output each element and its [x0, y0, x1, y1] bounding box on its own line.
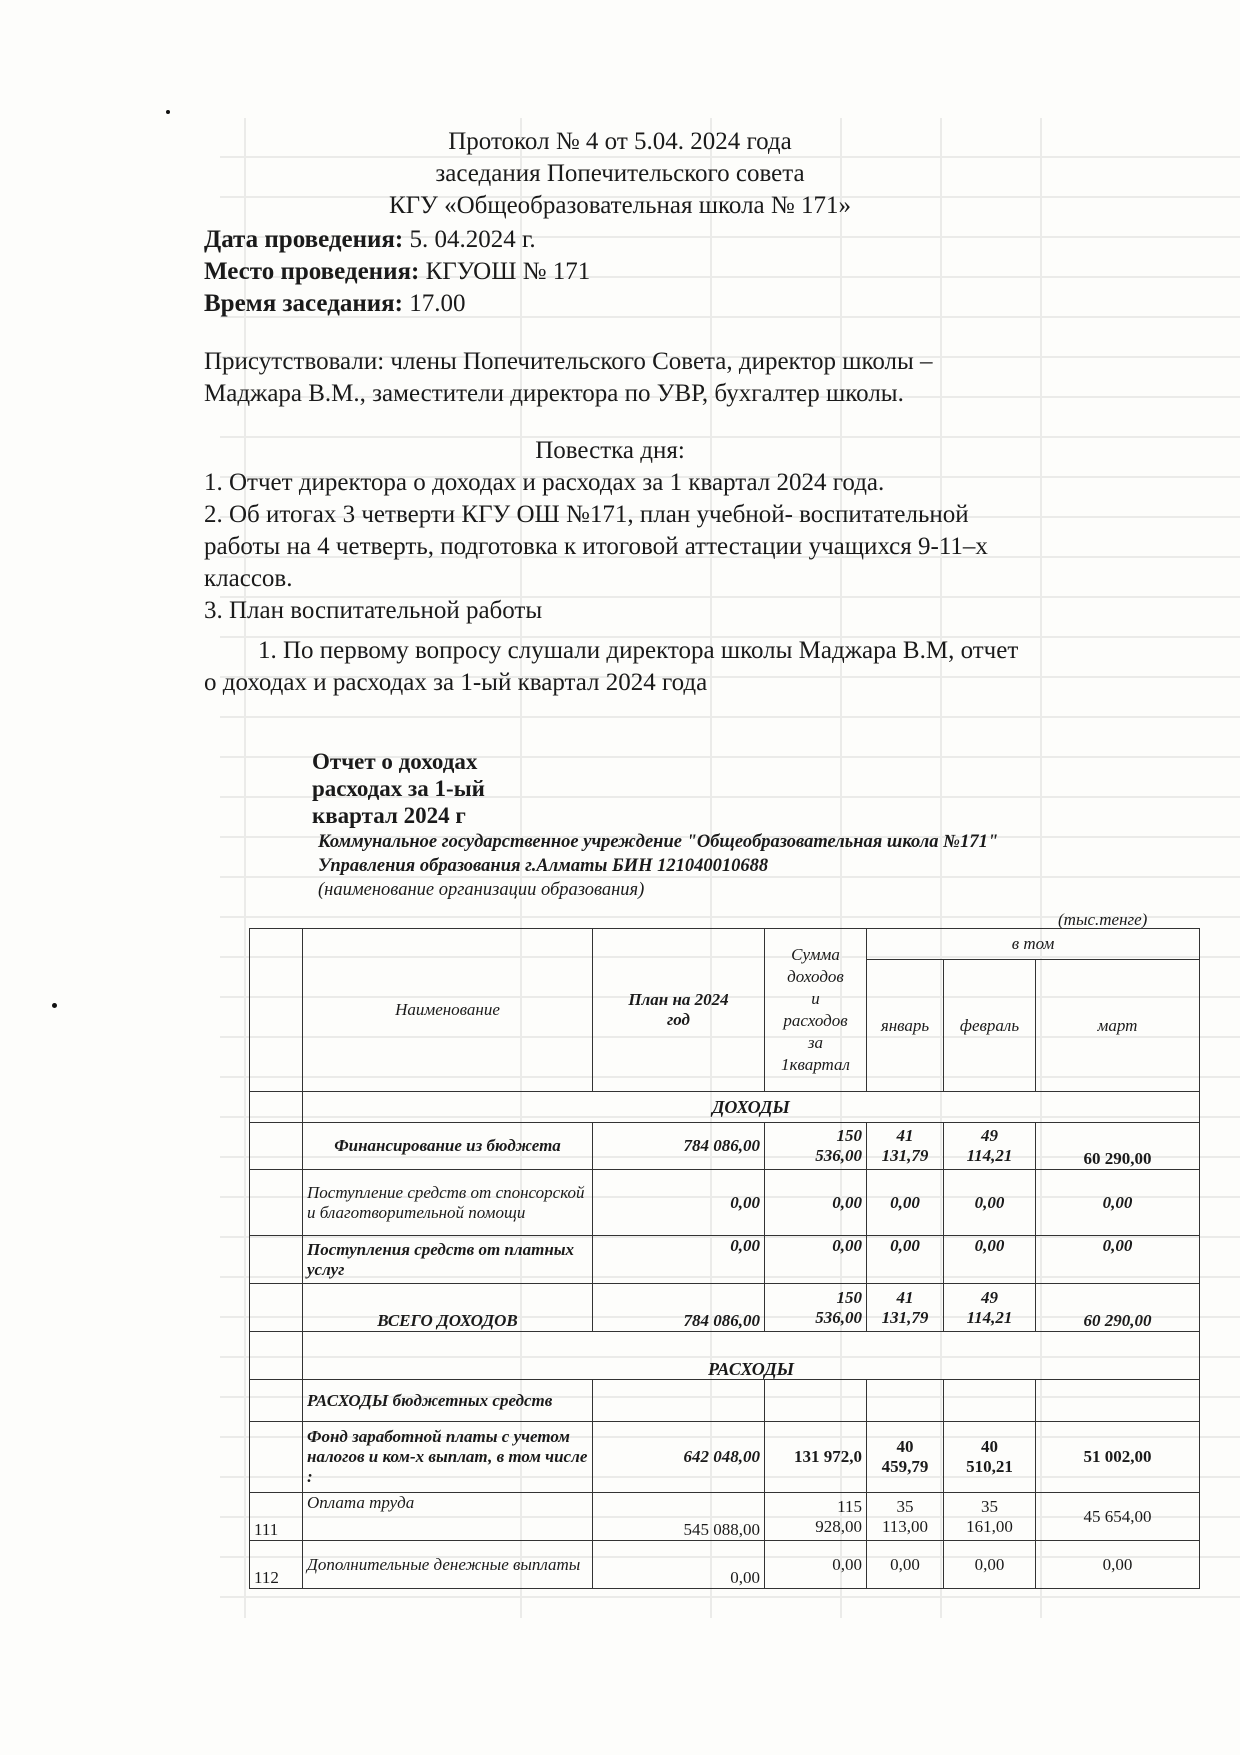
section-income-title: ДОХОДЫ [303, 1092, 1200, 1123]
header-sum-line: расходов [783, 1011, 847, 1030]
attendees-line: Присутствовали: члены Попечительского Со… [204, 348, 933, 376]
attendees-line: Маджара В.М., заместители директора по У… [204, 380, 904, 408]
header-march: март [1036, 960, 1200, 1092]
row-q1-part: 928,00 [815, 1517, 862, 1536]
agenda-item: 1. Отчет директора о доходах и расходах … [204, 469, 884, 497]
row-feb-part: 35 [981, 1497, 998, 1516]
row-jan-part: 40 [897, 1437, 914, 1456]
table-row-sponsor-income: Поступление средств от спонсорской и бла… [250, 1170, 1200, 1236]
protocol-organization: КГУ «Общеобразовательная школа № 171» [0, 192, 1240, 220]
agenda-title: Повестка дня: [0, 437, 1230, 465]
income-expense-table: Наименование План на 2024 год Сумма дохо… [249, 928, 1200, 1589]
place-value: КГУОШ № 171 [419, 258, 590, 285]
section-code [250, 1092, 303, 1123]
row-q1: 131 972,0 [765, 1422, 867, 1493]
section-income: ДОХОДЫ [250, 1092, 1200, 1123]
row-plan: 0,00 [593, 1170, 765, 1236]
row-plan: 784 086,00 [593, 1123, 765, 1170]
row-jan-part: 131,79 [882, 1308, 929, 1327]
meeting-time: Время заседания: 17.00 [204, 290, 466, 318]
header-code [250, 929, 303, 1092]
report-title-line: Отчет о доходах [312, 748, 485, 775]
row-mar: 45 654,00 [1036, 1493, 1200, 1541]
row-name: Оплата труда [303, 1493, 593, 1541]
report-title-line: расходах за 1-ый [312, 775, 485, 802]
row-jan: 0,00 [867, 1236, 944, 1284]
section-code [250, 1332, 303, 1380]
header-sum-line: Сумма [791, 945, 840, 964]
report-title: Отчет о доходах расходах за 1-ый квартал… [312, 748, 485, 829]
row-code [250, 1422, 303, 1493]
header-plan: План на 2024 год [593, 929, 765, 1092]
header-january: январь [867, 960, 944, 1092]
table-row-budget-funding: Финансирование из бюджета 784 086,00 150… [250, 1123, 1200, 1170]
section-expense-title: РАСХОДЫ [303, 1332, 1200, 1380]
row-name: Поступления средств от платных услуг [303, 1236, 593, 1284]
header-february: февраль [944, 960, 1036, 1092]
row-plan: 784 086,00 [593, 1284, 765, 1332]
row-feb-part: 114,21 [967, 1146, 1013, 1165]
row-q1 [765, 1380, 867, 1422]
row-jan: 35113,00 [867, 1493, 944, 1541]
date-value: 5. 04.2024 г. [403, 226, 535, 253]
discussion-item: 1. По первому вопросу слушали директора … [258, 637, 1018, 665]
discussion-item: о доходах и расходах за 1-ый квартал 202… [204, 669, 707, 697]
header-sum-line: и [811, 989, 820, 1008]
row-mar: 0,00 [1036, 1236, 1200, 1284]
row-jan [867, 1380, 944, 1422]
row-name: РАСХОДЫ бюджетных средств [303, 1380, 593, 1422]
table-row-payroll-fund: Фонд заработной платы с учетом налогов и… [250, 1422, 1200, 1493]
row-mar: 60 290,00 [1036, 1123, 1200, 1170]
row-q1: 0,00 [765, 1170, 867, 1236]
row-jan: 41131,79 [867, 1284, 944, 1332]
row-jan: 40459,79 [867, 1422, 944, 1493]
time-label: Время заседания: [204, 290, 403, 317]
table-header-row: Наименование План на 2024 год Сумма дохо… [250, 929, 1200, 960]
table-row-total-income: ВСЕГО ДОХОДОВ 784 086,00 150536,00 41131… [250, 1284, 1200, 1332]
units-label: (тыс.тенге) [1058, 910, 1147, 930]
row-q1: 150536,00 [765, 1123, 867, 1170]
org-department: Управления образования г.Алматы БИН 1210… [318, 856, 768, 877]
place-label: Место проведения: [204, 258, 419, 285]
row-q1: 115928,00 [765, 1493, 867, 1541]
header-plan-line: год [667, 1010, 690, 1029]
table-row-extra-payments: 112 Дополнительные денежные выплаты 0,00… [250, 1541, 1200, 1589]
row-feb [944, 1380, 1036, 1422]
row-q1-part: 536,00 [815, 1146, 862, 1165]
row-plan [593, 1380, 765, 1422]
row-q1: 0,00 [765, 1541, 867, 1589]
row-feb: 35161,00 [944, 1493, 1036, 1541]
row-feb-part: 510,21 [966, 1457, 1013, 1476]
protocol-title: Протокол № 4 от 5.04. 2024 года [0, 128, 1240, 156]
row-feb: 49114,21 [944, 1284, 1036, 1332]
row-code [250, 1170, 303, 1236]
row-feb-part: 40 [981, 1437, 998, 1456]
agenda-item: работы на 4 четверть, подготовка к итого… [204, 533, 988, 561]
scan-speck [166, 110, 170, 114]
row-plan: 0,00 [593, 1541, 765, 1589]
row-code: 111 [250, 1493, 303, 1541]
row-q1-part: 536,00 [815, 1308, 862, 1327]
row-jan: 0,00 [867, 1170, 944, 1236]
row-code [250, 1123, 303, 1170]
row-mar: 0,00 [1036, 1541, 1200, 1589]
org-name: Коммунальное государственное учреждение … [318, 832, 998, 853]
row-name: ВСЕГО ДОХОДОВ [303, 1284, 593, 1332]
row-mar: 0,00 [1036, 1170, 1200, 1236]
row-feb-part: 114,21 [967, 1308, 1013, 1327]
row-mar: 60 290,00 [1036, 1284, 1200, 1332]
header-sum-line: за [808, 1033, 823, 1052]
row-jan-part: 131,79 [882, 1146, 929, 1165]
row-jan-part: 41 [897, 1288, 914, 1307]
report-title-line: квартал 2024 г [312, 802, 485, 829]
row-q1-part: 115 [837, 1497, 862, 1516]
row-feb-part: 161,00 [966, 1517, 1013, 1536]
row-jan-part: 35 [897, 1497, 914, 1516]
header-sum-line: доходов [787, 967, 844, 986]
row-q1-part: 150 [837, 1288, 863, 1307]
org-caption: (наименование организации образования) [318, 880, 644, 901]
meeting-date: Дата проведения: 5. 04.2024 г. [204, 226, 536, 254]
row-name: Дополнительные денежные выплаты [303, 1541, 593, 1589]
row-feb: 40510,21 [944, 1422, 1036, 1493]
row-q1: 0,00 [765, 1236, 867, 1284]
row-q1: 150536,00 [765, 1284, 867, 1332]
time-value: 17.00 [403, 290, 466, 317]
header-name: Наименование [303, 929, 593, 1092]
row-jan-part: 459,79 [882, 1457, 929, 1476]
header-plan-line: План на 2024 [628, 990, 728, 1009]
agenda-item: классов. [204, 565, 292, 593]
agenda-item: 2. Об итогах 3 четверти КГУ ОШ №171, пла… [204, 501, 969, 529]
row-feb: 0,00 [944, 1541, 1036, 1589]
scan-speck [52, 1003, 57, 1008]
table-row-budget-expenses: РАСХОДЫ бюджетных средств [250, 1380, 1200, 1422]
row-code: 112 [250, 1541, 303, 1589]
meeting-place: Место проведения: КГУОШ № 171 [204, 258, 590, 286]
row-name: Финансирование из бюджета [303, 1123, 593, 1170]
agenda-item: 3. План воспитательной работы [204, 597, 542, 625]
row-plan: 642 048,00 [593, 1422, 765, 1493]
row-feb: 0,00 [944, 1236, 1036, 1284]
row-code [250, 1380, 303, 1422]
header-including: в том [867, 929, 1200, 960]
row-q1-part: 150 [837, 1126, 863, 1145]
row-feb: 0,00 [944, 1170, 1036, 1236]
row-feb-part: 49 [981, 1288, 998, 1307]
row-name: Поступление средств от спонсорской и бла… [303, 1170, 593, 1236]
row-plan: 0,00 [593, 1236, 765, 1284]
row-jan-part: 113,00 [882, 1517, 928, 1536]
row-name: Фонд заработной платы с учетом налогов и… [303, 1422, 593, 1493]
table-row-paid-services: Поступления средств от платных услуг 0,0… [250, 1236, 1200, 1284]
protocol-subtitle: заседания Попечительского совета [0, 160, 1240, 188]
row-code [250, 1284, 303, 1332]
row-mar: 51 002,00 [1036, 1422, 1200, 1493]
row-jan: 41131,79 [867, 1123, 944, 1170]
row-plan: 545 088,00 [593, 1493, 765, 1541]
date-label: Дата проведения: [204, 226, 403, 253]
header-sum-line: 1квартал [781, 1055, 850, 1074]
section-expense: РАСХОДЫ [250, 1332, 1200, 1380]
header-q1-sum: Сумма доходов и расходов за 1квартал [765, 929, 867, 1092]
row-mar [1036, 1380, 1200, 1422]
row-jan-part: 41 [897, 1126, 914, 1145]
table-row-wages: 111 Оплата труда 545 088,00 115928,00 35… [250, 1493, 1200, 1541]
row-feb: 49114,21 [944, 1123, 1036, 1170]
row-jan: 0,00 [867, 1541, 944, 1589]
row-feb-part: 49 [981, 1126, 998, 1145]
row-code [250, 1236, 303, 1284]
